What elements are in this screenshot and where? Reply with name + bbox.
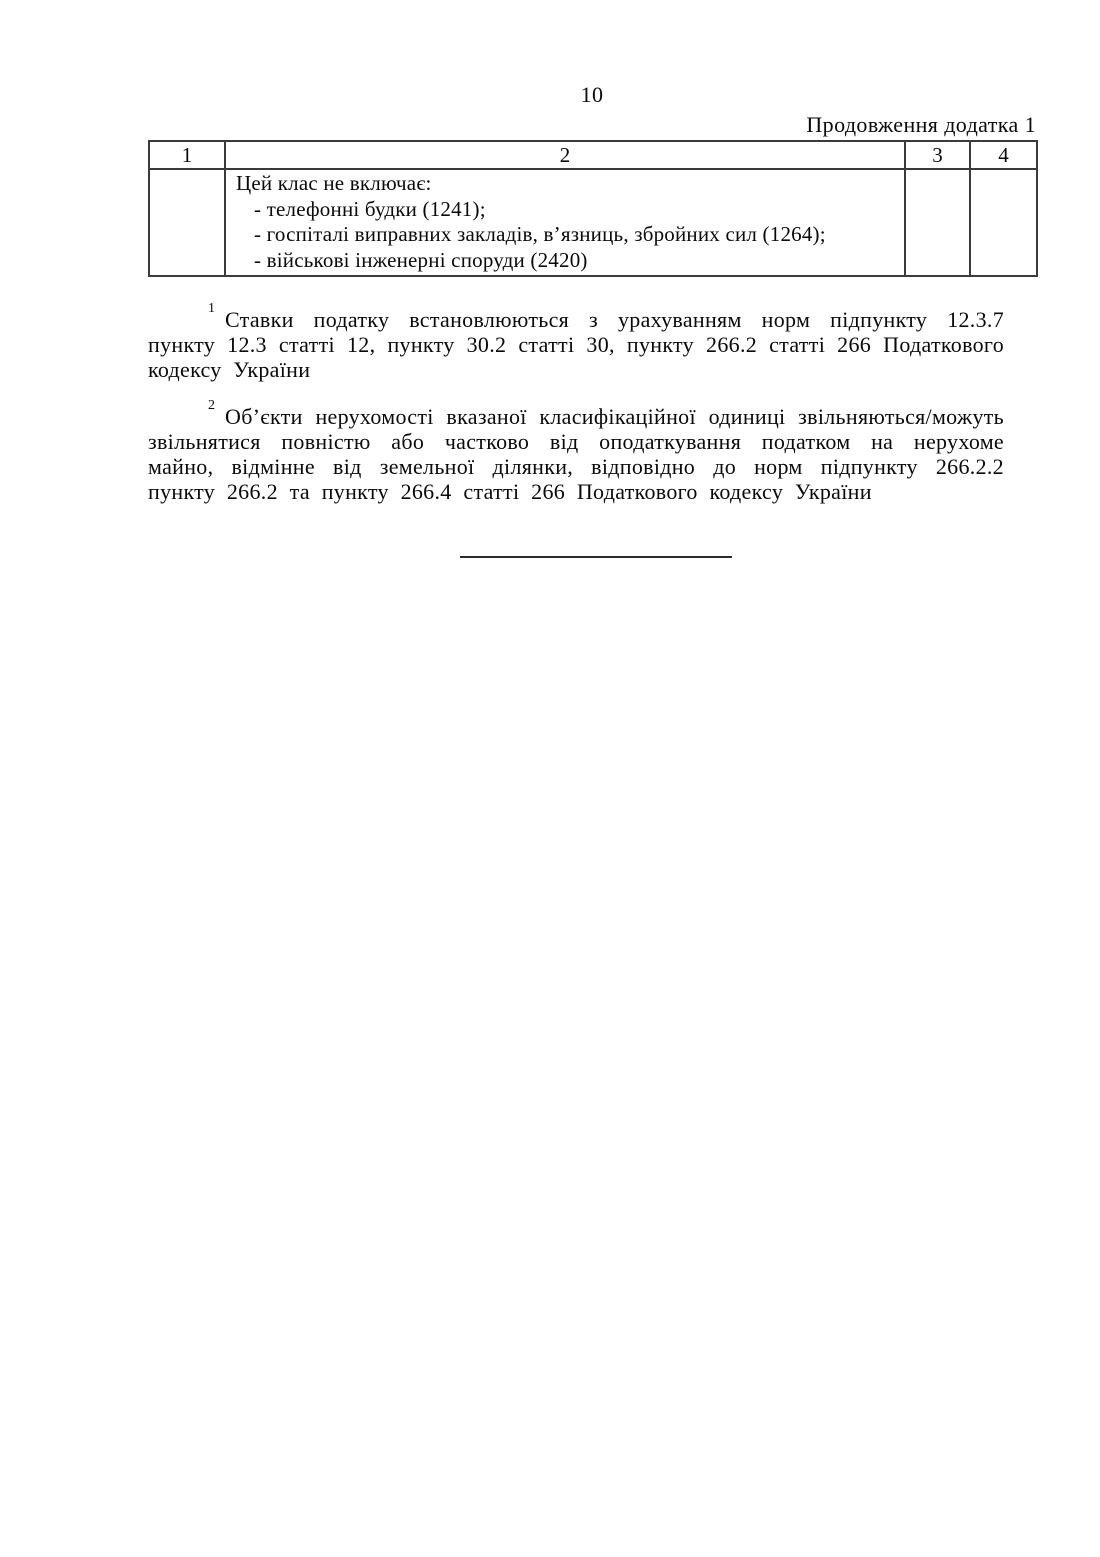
table-header-col-2: 2 [225,141,905,169]
footnote-1: 1Ставки податку встановлюються з урахува… [148,307,1004,382]
table-header-col-4: 4 [970,141,1037,169]
page-number: 10 [148,0,1036,108]
exclusion-list-item: - військові інженерні споруди (2420) [236,248,900,274]
table-cell-col-2: Цей клас не включає: - телефонні будки (… [225,169,905,276]
table-cell-col-3 [905,169,970,276]
exclusion-list-item: - госпіталі виправних закладів, в’язниць… [236,222,900,248]
class-description: Цей клас не включає: - телефонні будки (… [226,170,904,275]
annex-continuation-note: Продовження додатка 1 [148,112,1036,138]
table-header-col-3: 3 [905,141,970,169]
exclusion-list-item: - телефонні будки (1241); [236,197,900,223]
class-exclusion-intro: Цей клас не включає: [236,171,900,197]
footnote-2: 2Об’єкти нерухомості вказаної класифікац… [148,404,1004,504]
footnote-1-text: Ставки податку встановлюються з урахуван… [148,307,1004,382]
footnote-2-text: Об’єкти нерухомості вказаної класифікаці… [148,404,1004,504]
footnote-1-marker: 1 [208,301,215,316]
table-header-row: 1 2 3 4 [149,141,1037,169]
classification-table: 1 2 3 4 Цей клас не включає: - телефонні… [148,140,1038,277]
signature-divider-line [460,556,732,558]
footnote-2-marker: 2 [208,398,215,413]
table-header-col-1: 1 [149,141,225,169]
table-cell-col-4 [970,169,1037,276]
table-row: Цей клас не включає: - телефонні будки (… [149,169,1037,276]
table-cell-col-1 [149,169,225,276]
document-page: 10 Продовження додатка 1 1 2 3 4 Цей кла… [0,0,1100,558]
